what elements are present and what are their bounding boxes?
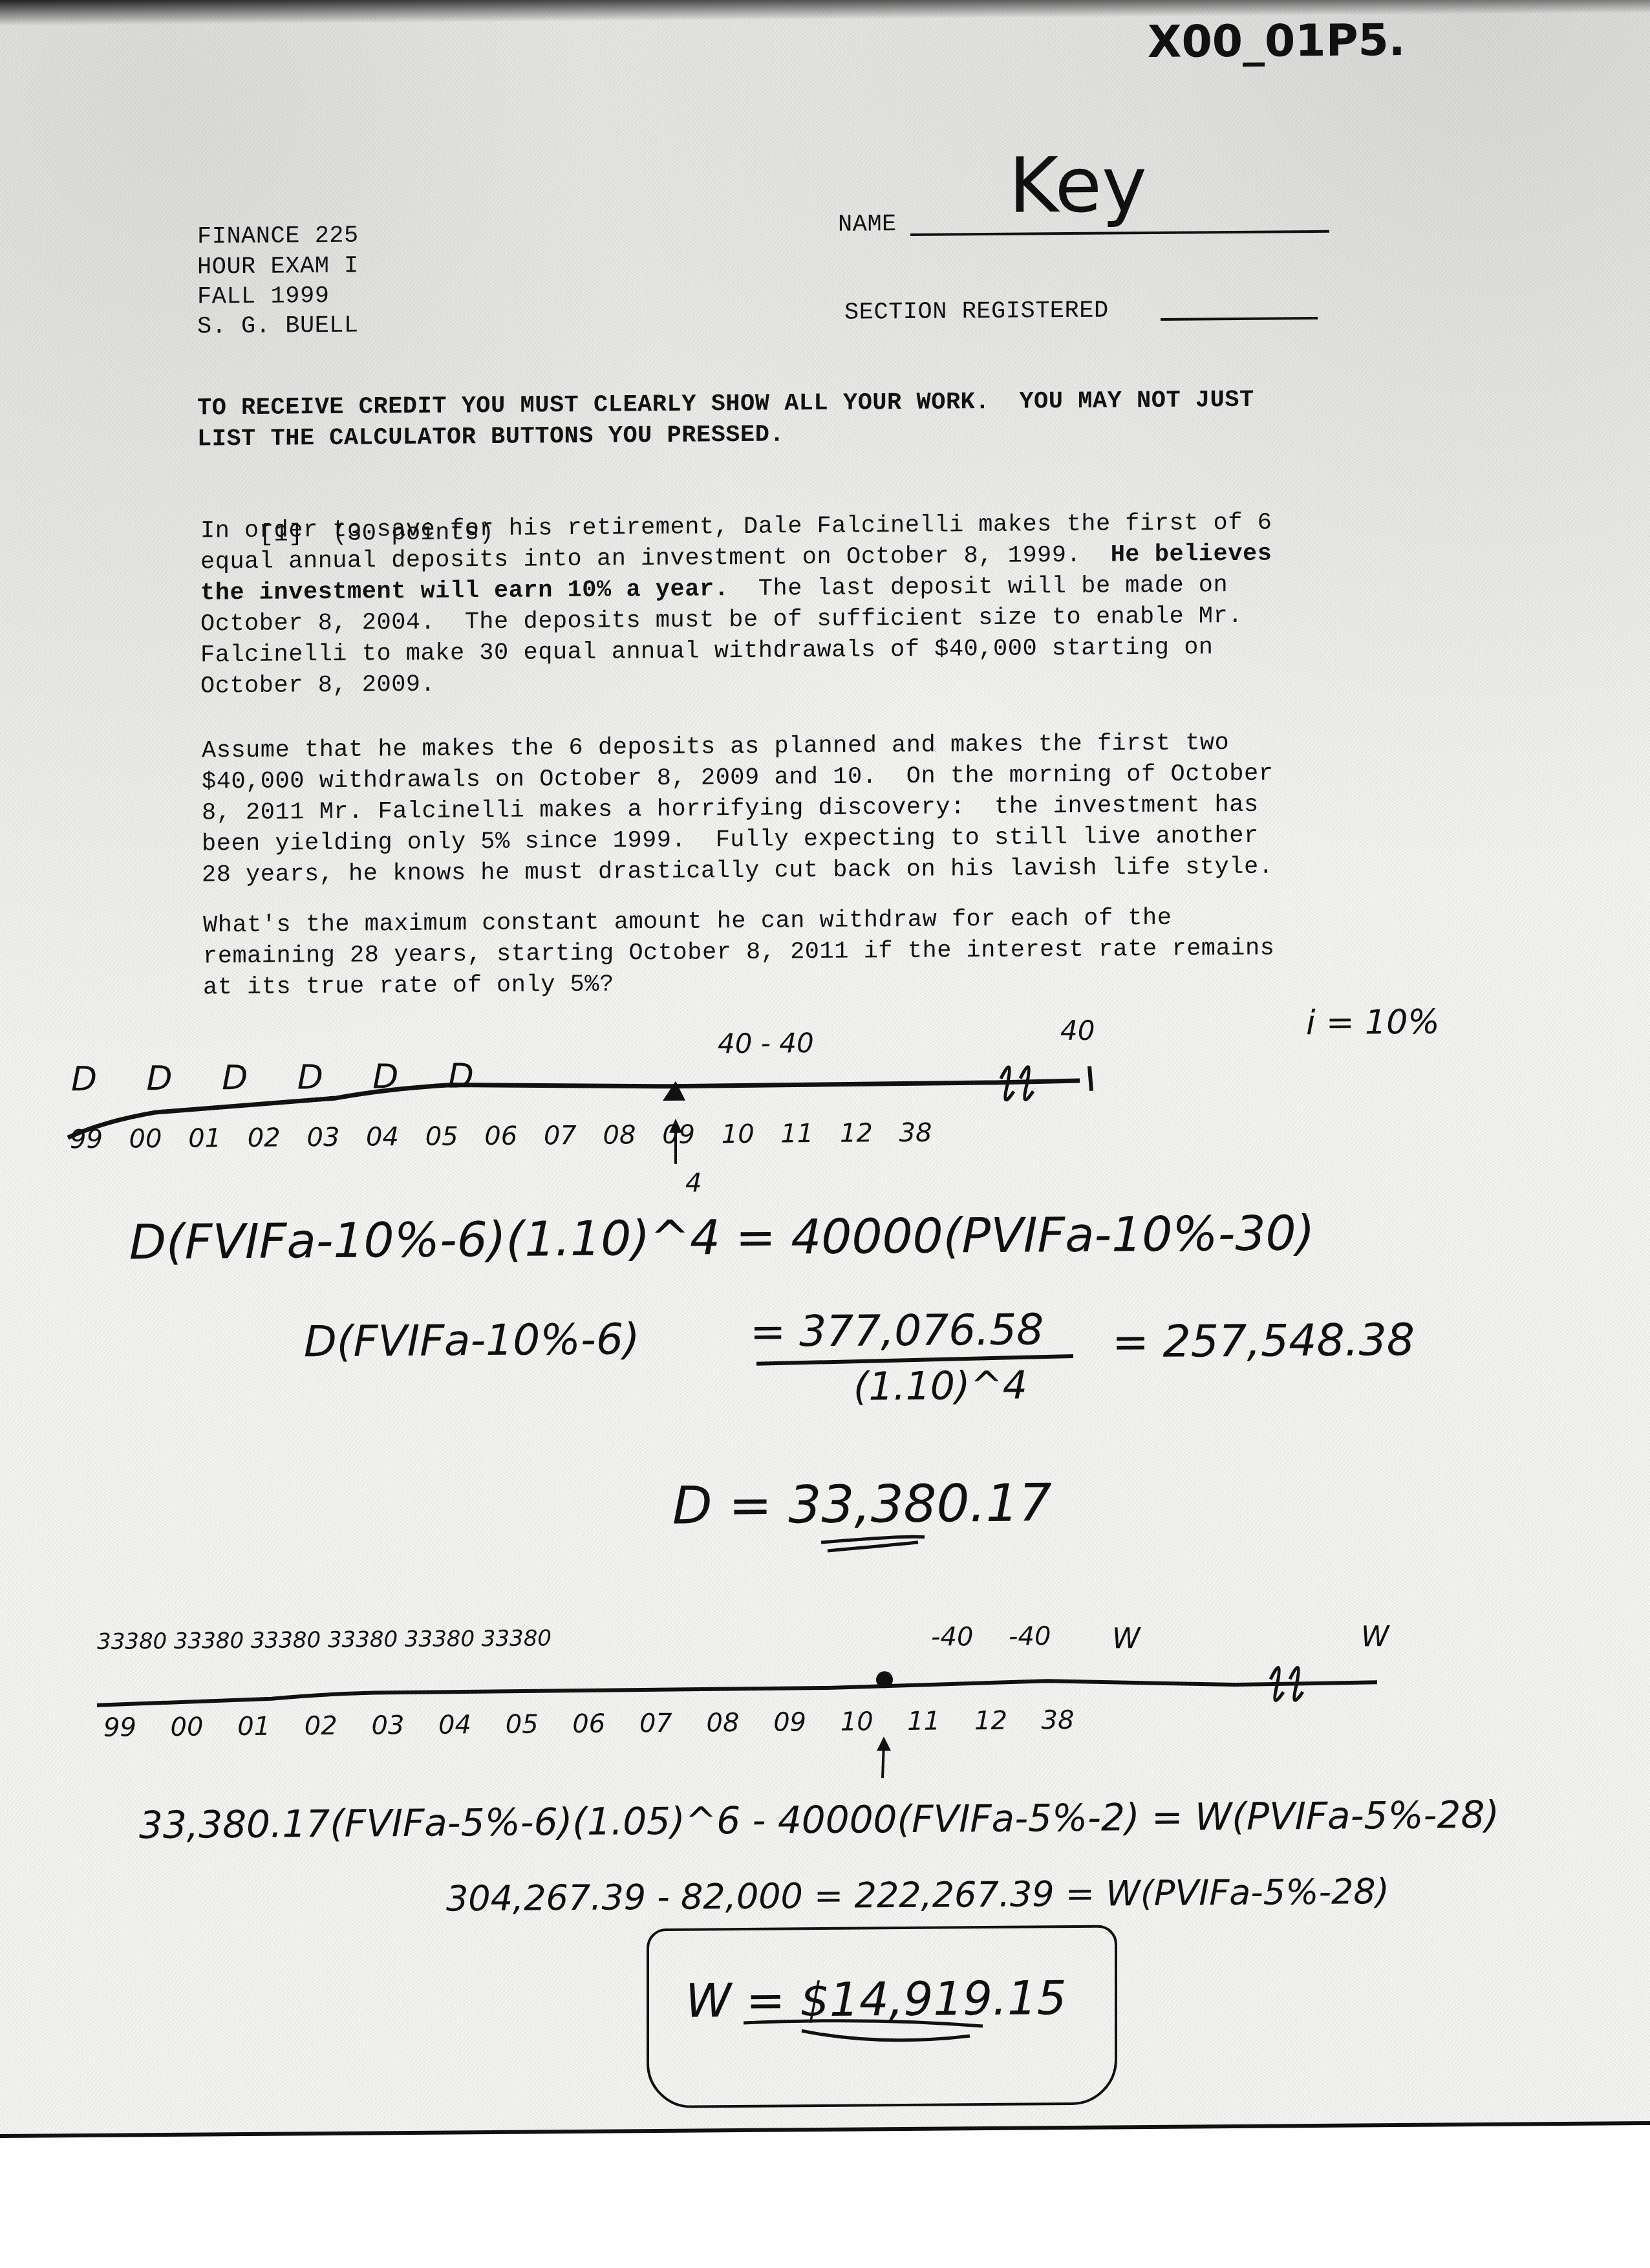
equation-2-denominator: (1.10)^4 (853, 1363, 1027, 1410)
timeline-2-deposits: 33380 33380 33380 33380 33380 33380 (97, 1625, 552, 1655)
deposit-result: D = 33,380.17 (672, 1473, 1052, 1536)
timeline-2-w4: W (1361, 1620, 1389, 1653)
equation-2-left: D(FVIFa-10%-6) (304, 1314, 640, 1366)
timeline-1-last-withdrawal: 40 (1060, 1015, 1095, 1046)
scanned-page: X00_01P5. FINANCE 225 HOUR EXAM I FALL 1… (0, 0, 1650, 2138)
timeline-2-w1: -40 (931, 1622, 973, 1652)
timeline-1-withdrawals: 40 - 40 (718, 1027, 814, 1059)
timeline-2-w3: W (1112, 1622, 1141, 1655)
equation-2-numerator: = 377,076.58 (750, 1304, 1044, 1357)
timeline-1-deposits: D D D D D D (71, 1057, 493, 1099)
final-answer: W = $14,919.15 (685, 1971, 1067, 2028)
timeline-2-w2: -40 (1009, 1621, 1051, 1652)
exponent-note: 4 (685, 1168, 702, 1198)
equation-2-result: = 257,548.38 (1112, 1315, 1415, 1368)
equation-1: D(FVIFa-10%-6)(1.10)^4 = 40000(PVIFa-10%… (129, 1205, 1314, 1270)
equation-4: 304,267.39 - 82,000 = 222,267.39 = W(PVI… (446, 1871, 1389, 1919)
